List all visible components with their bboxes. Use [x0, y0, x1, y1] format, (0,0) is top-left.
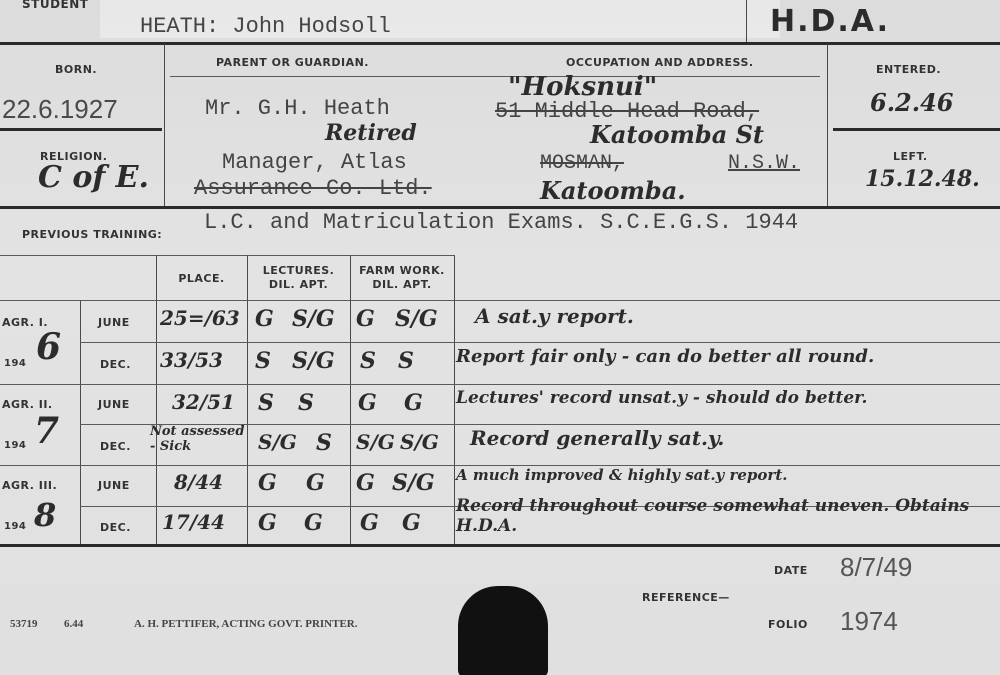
farm-aptitude: S/G: [392, 470, 435, 496]
farm-aptitude: S: [398, 348, 414, 374]
year-label-agr3: AGR. III.: [2, 479, 57, 492]
term-label: DEC.: [100, 521, 131, 534]
born-value: 22.6.1927: [2, 94, 118, 125]
remark: A sat.y report.: [475, 304, 634, 328]
address-house-name: "Hoksnui": [508, 72, 657, 102]
farm-aptitude: S/G: [395, 306, 438, 332]
lectures-aptitude: G: [306, 470, 325, 496]
term-label: JUNE: [98, 398, 130, 411]
reference-label: REFERENCE—: [642, 591, 730, 604]
farm-diligence: S: [360, 348, 376, 374]
remark: A much improved & highly sat.y report.: [456, 466, 787, 484]
table-header-farm-sub: DIL. APT.: [350, 278, 454, 291]
left-value: 15.12.48.: [865, 166, 980, 192]
lectures-aptitude: S/G: [292, 348, 335, 374]
date-value: 8/7/49: [840, 552, 912, 583]
address-suburb-original: MOSMAN,: [540, 152, 624, 175]
printer-credit: A. H. PETTIFER, ACTING GOVT. PRINTER.: [134, 618, 358, 630]
lectures-diligence: S: [258, 390, 274, 416]
year-prefix-agr1: 194: [4, 358, 26, 369]
lectures-diligence: G: [258, 510, 277, 536]
remark: Record generally sat.y.: [470, 426, 724, 450]
term-label: JUNE: [98, 479, 130, 492]
parent-label: PARENT OR GUARDIAN.: [216, 56, 369, 69]
form-date: 6.44: [64, 618, 83, 630]
place-value: 17/44: [162, 510, 225, 534]
term-label: JUNE: [98, 316, 130, 329]
farm-diligence: G: [360, 510, 379, 536]
lectures-diligence: G: [258, 470, 277, 496]
religion-value: C of E.: [38, 160, 149, 195]
term-label: DEC.: [100, 440, 131, 453]
award-heading: H.D.A.: [770, 4, 890, 39]
entered-label: ENTERED.: [876, 63, 941, 76]
punch-hole-mark: [458, 586, 548, 675]
year-prefix-agr2: 194: [4, 440, 26, 451]
farm-aptitude: G: [402, 510, 421, 536]
table-header-lectures-sub: DIL. APT.: [247, 278, 350, 291]
parent-occupation-line1: Manager, Atlas: [222, 150, 407, 175]
remark: Record throughout course somewhat uneven…: [456, 496, 996, 536]
year-digit-agr1: 6: [36, 326, 61, 368]
left-label: LEFT.: [893, 150, 928, 163]
lectures-diligence: S: [255, 348, 271, 374]
place-value: 33/53: [160, 348, 223, 372]
entered-value: 6.2.46: [870, 88, 954, 117]
parent-name: Mr. G.H. Heath: [205, 96, 390, 121]
farm-aptitude: S/G: [400, 430, 439, 454]
lectures-aptitude: S: [316, 430, 332, 456]
year-digit-agr2: 7: [34, 410, 59, 452]
lectures-aptitude: S/G: [292, 306, 335, 332]
student-label: STUDENT: [22, 0, 88, 11]
parent-annotation: Retired: [325, 120, 417, 146]
date-label: DATE: [774, 564, 808, 577]
parent-occupation-line2: Assurance Co. Ltd.: [194, 176, 432, 201]
remark: Lectures' record unsat.y - should do bet…: [456, 388, 867, 408]
year-digit-agr3: 8: [34, 496, 56, 534]
farm-diligence: G: [356, 470, 375, 496]
place-value: 8/44: [174, 470, 223, 494]
address-suburb-new: Katoomba.: [540, 176, 686, 205]
lectures-diligence: S/G: [258, 430, 297, 454]
lectures-diligence: G: [255, 306, 274, 332]
folio-label: FOLIO: [768, 618, 808, 631]
farm-diligence: G: [356, 306, 375, 332]
farm-diligence: S/G: [356, 430, 395, 454]
lectures-aptitude: G: [304, 510, 323, 536]
year-prefix-agr3: 194: [4, 521, 26, 532]
term-label: DEC.: [100, 358, 131, 371]
farm-aptitude: G: [404, 390, 423, 416]
table-header-farm: FARM WORK.: [350, 264, 454, 277]
address-street-new: Katoomba St: [590, 120, 764, 149]
address-label: OCCUPATION AND ADDRESS.: [566, 56, 754, 69]
previous-training-label: PREVIOUS TRAINING:: [22, 228, 162, 241]
student-record-card: STUDENT HEATH: John Hodsoll H.D.A. BORN.…: [0, 0, 1000, 675]
student-name: HEATH: John Hodsoll: [140, 14, 391, 39]
place-value: 25=/63: [160, 306, 240, 330]
form-number: 53719: [10, 618, 38, 630]
place-value: Not assessed - Sick: [150, 424, 250, 454]
previous-training-value: L.C. and Matriculation Exams. S.C.E.G.S.…: [204, 210, 798, 235]
born-label: BORN.: [55, 63, 97, 76]
folio-value: 1974: [840, 606, 898, 637]
farm-diligence: G: [358, 390, 377, 416]
lectures-aptitude: S: [298, 390, 314, 416]
table-header-lectures: LECTURES.: [247, 264, 350, 277]
place-value: 32/51: [172, 390, 235, 414]
table-header-place: PLACE.: [156, 272, 247, 285]
address-state: N.S.W.: [728, 152, 800, 175]
remark: Report fair only - can do better all rou…: [456, 346, 874, 367]
